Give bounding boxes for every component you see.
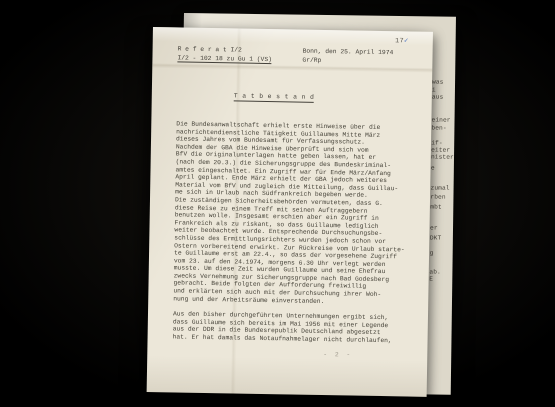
text-fragment: rben xyxy=(430,193,445,200)
body-paragraph-2: Aus den bisher durchgeführten Unternehmu… xyxy=(173,310,409,344)
text-fragment: ben- xyxy=(431,124,446,131)
text-fragment: i xyxy=(432,86,436,93)
text-fragment: er xyxy=(430,224,438,231)
scanned-document-view: wasiauseinerben-if-eiternisterezumalrben… xyxy=(0,0,555,407)
text-fragment: mbt xyxy=(430,203,442,210)
continuation-page-mark: - 2 - xyxy=(323,351,352,359)
text-fragment: nister xyxy=(431,153,454,160)
body-paragraph-1: Die Bundesanwaltschaft erhielt erste Hin… xyxy=(173,120,412,306)
header-left: R e f e r a t I/2 I/2 - 102 18 zu Gu 1 (… xyxy=(177,45,272,64)
text-fragment: zumal xyxy=(431,184,450,191)
archive-page-number: 17✓ xyxy=(395,36,409,45)
typist-initials: Gr/Rp xyxy=(302,56,393,66)
text-fragment: E xyxy=(429,275,433,282)
back-page-text-fragments: wasiauseinerben-if-eiternisterezumalrben… xyxy=(184,13,456,17)
document-title: T a t b e s t a n d xyxy=(234,92,315,102)
text-fragment: aus xyxy=(432,93,444,100)
text-fragment: DKT xyxy=(430,234,442,241)
header-right: Bonn, den 25. April 1974 Gr/Rp xyxy=(302,48,393,67)
file-reference: I/2 - 102 18 zu Gu 1 (VS) xyxy=(177,54,272,64)
document-page: 17✓ R e f e r a t I/2 I/2 - 102 18 zu Gu… xyxy=(147,27,433,397)
text-fragment: was xyxy=(432,78,444,85)
text-fragment: e xyxy=(431,164,435,171)
text-fragment: g xyxy=(430,249,434,256)
text-fragment: einer xyxy=(431,116,450,123)
blue-check-mark: ✓ xyxy=(404,37,409,45)
